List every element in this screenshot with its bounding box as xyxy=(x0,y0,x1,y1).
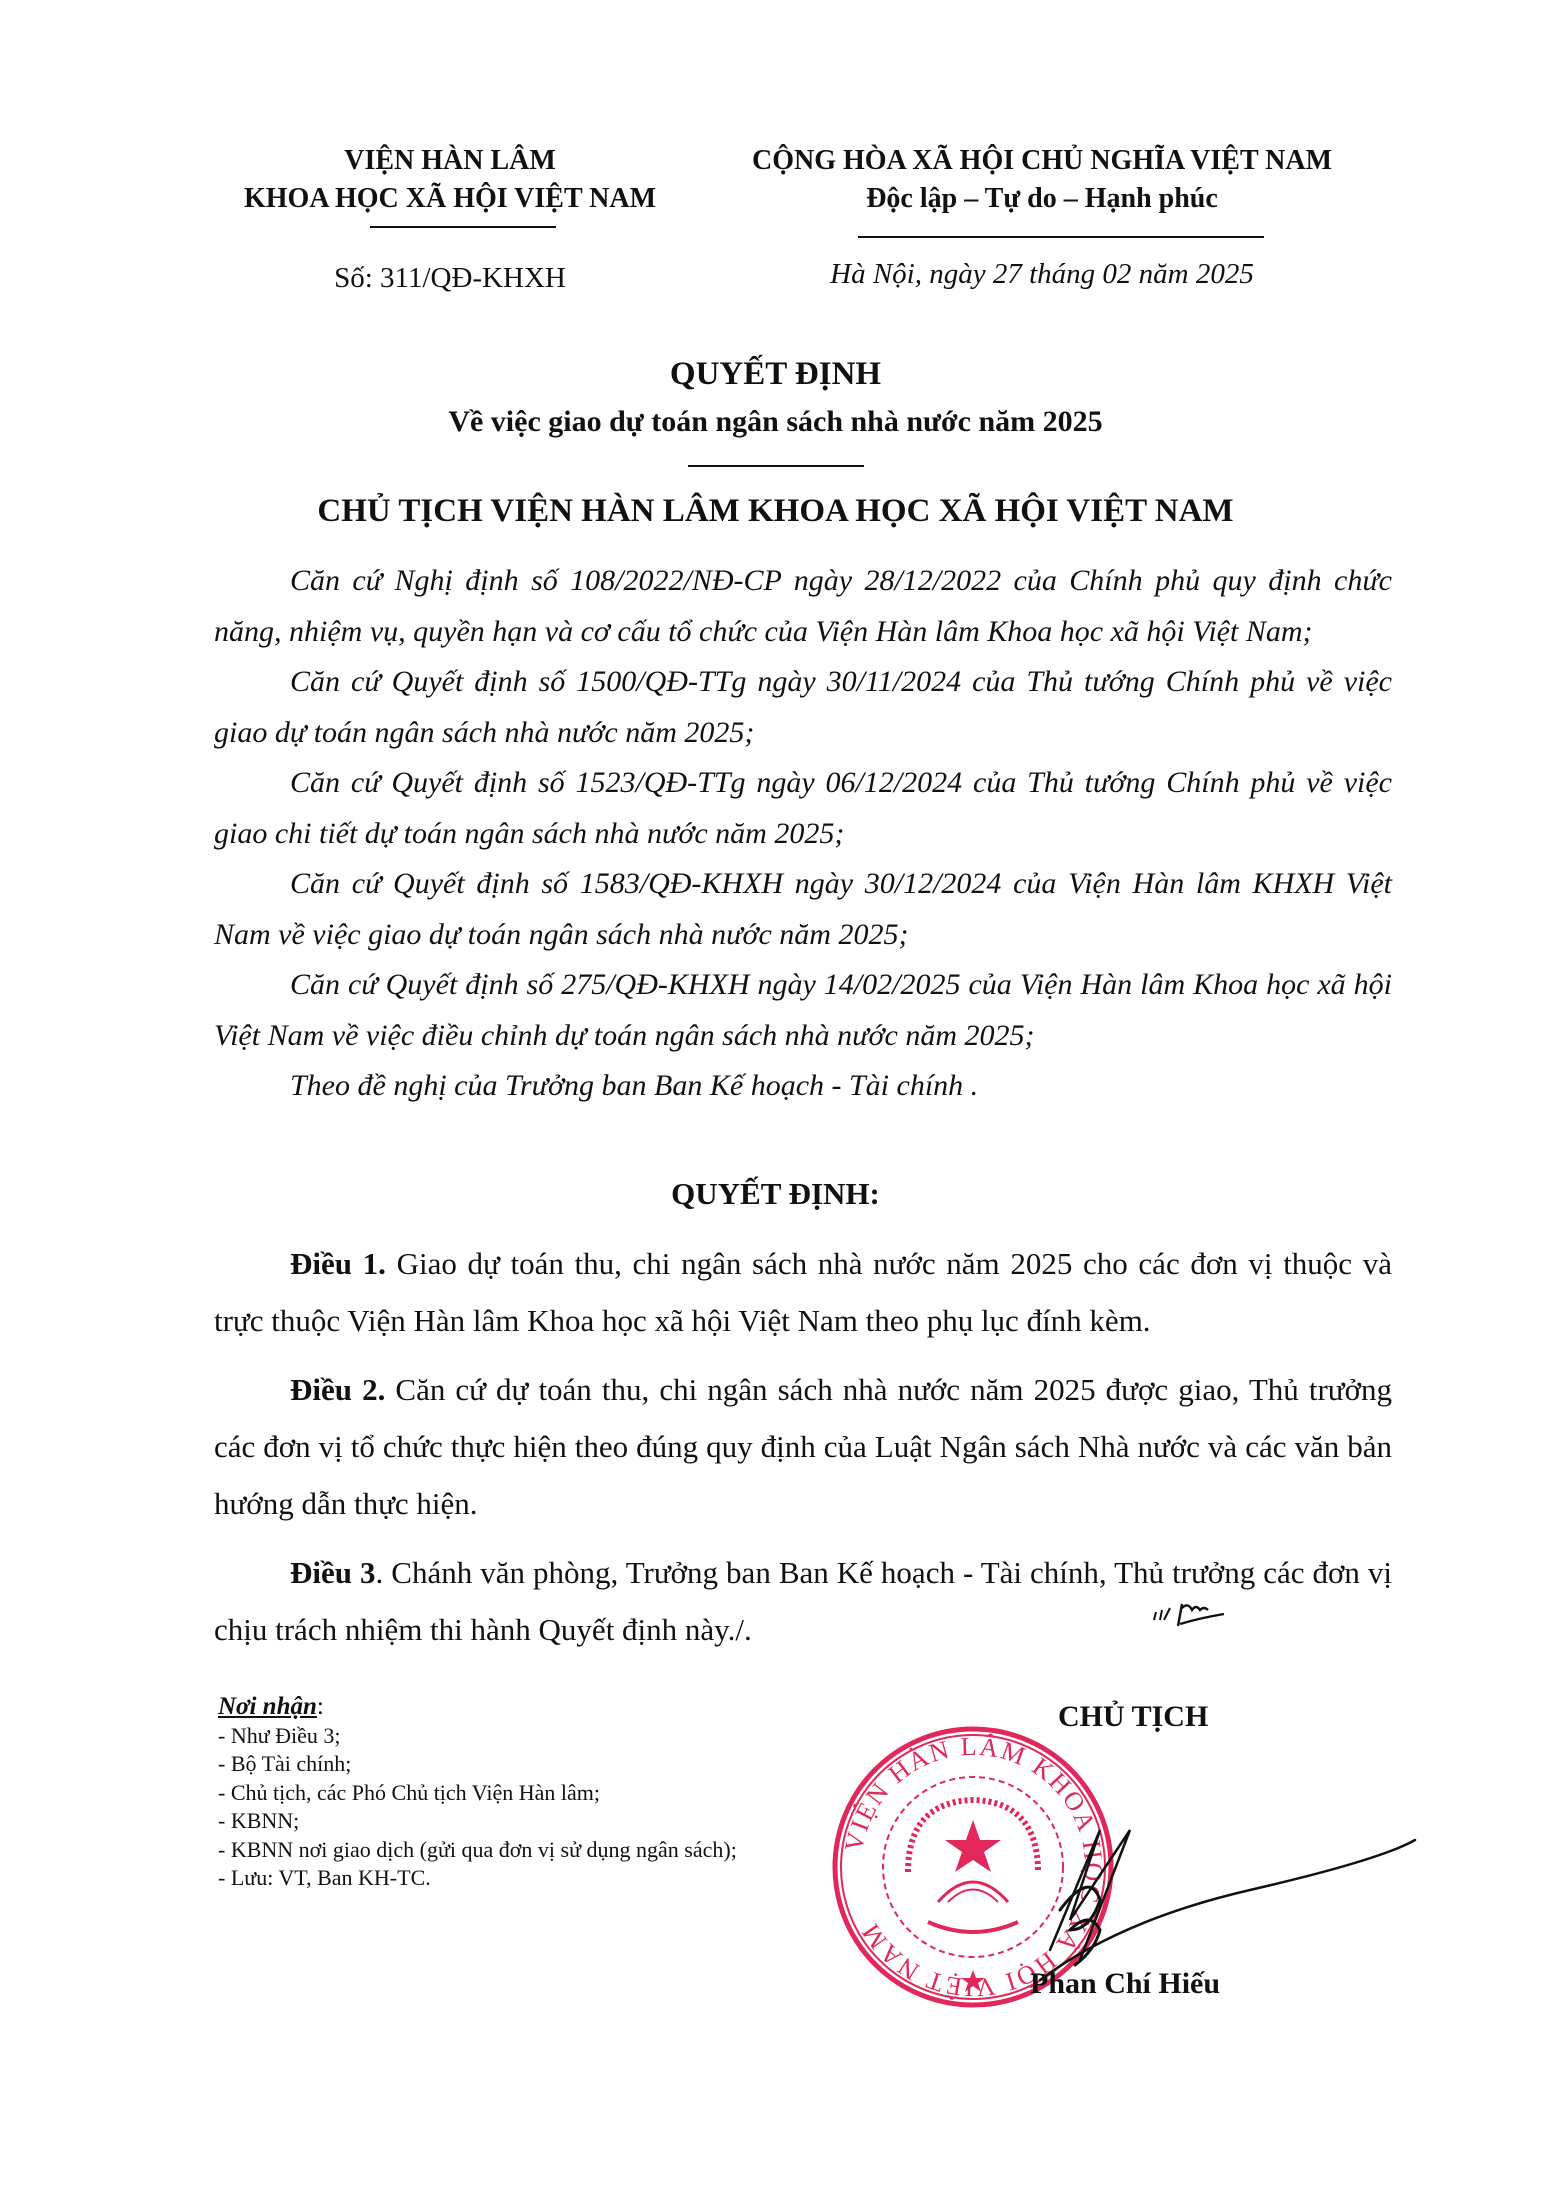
recipient-item: - Bộ Tài chính; xyxy=(218,1750,778,1779)
agency-line-2: KHOA HỌC XÃ HỘI VIỆT NAM xyxy=(210,180,690,218)
document-number: Số: 311/QĐ-KHXH xyxy=(210,262,690,295)
basis-item: Căn cứ Quyết định số 275/QĐ-KHXH ngày 14… xyxy=(214,960,1392,1061)
article-label: Điều 1. xyxy=(290,1246,386,1281)
recipients-heading: Nơi nhận: xyxy=(218,1693,778,1722)
national-motto: CỘNG HÒA XÃ HỘI CHỦ NGHĨA VIỆT NAM Độc l… xyxy=(712,142,1372,218)
article-label: Điều 2. xyxy=(290,1372,385,1407)
motto-underline xyxy=(858,236,1264,238)
agency-line-1: VIỆN HÀN LÂM xyxy=(210,142,690,180)
subject-underline xyxy=(688,465,864,467)
nation-line-2: Độc lập – Tự do – Hạnh phúc xyxy=(712,180,1372,218)
document-title: QUYẾT ĐỊNH xyxy=(0,356,1551,393)
issuing-authority: CHỦ TỊCH VIỆN HÀN LÂM KHOA HỌC XÃ HỘI VI… xyxy=(0,493,1551,530)
nation-line-1: CỘNG HÒA XÃ HỘI CHỦ NGHĨA VIỆT NAM xyxy=(712,142,1372,180)
legal-basis: Căn cứ Nghị định số 108/2022/NĐ-CP ngày … xyxy=(214,556,1392,1112)
basis-item: Căn cứ Quyết định số 1583/QĐ-KHXH ngày 3… xyxy=(214,859,1392,960)
document-subject: Về việc giao dự toán ngân sách nhà nước … xyxy=(0,405,1551,439)
basis-item: Căn cứ Quyết định số 1523/QĐ-TTg ngày 06… xyxy=(214,758,1392,859)
recipients-list: Nơi nhận: - Như Điều 3; - Bộ Tài chính; … xyxy=(218,1693,778,1893)
recipient-item: - Lưu: VT, Ban KH-TC. xyxy=(218,1864,778,1893)
initials-mark xyxy=(1150,1590,1230,1630)
article-text: Căn cứ dự toán thu, chi ngân sách nhà nư… xyxy=(214,1372,1392,1521)
decision-heading: QUYẾT ĐỊNH: xyxy=(0,1176,1551,1212)
place-date: Hà Nội, ngày 27 tháng 02 năm 2025 xyxy=(712,258,1372,291)
basis-item: Căn cứ Nghị định số 108/2022/NĐ-CP ngày … xyxy=(214,556,1392,657)
recipient-item: - Chủ tịch, các Phó Chủ tịch Viện Hàn lâ… xyxy=(218,1779,778,1808)
signer-name: Phan Chí Hiếu xyxy=(1030,1967,1220,2001)
recipient-item: - KBNN; xyxy=(218,1807,778,1836)
basis-item: Theo đề nghị của Trưởng ban Ban Kế hoạch… xyxy=(214,1061,1392,1112)
recipient-item: - Như Điều 3; xyxy=(218,1722,778,1751)
recipient-item: - KBNN nơi giao dịch (gửi qua đơn vị sử … xyxy=(218,1836,778,1865)
article-2: Điều 2. Căn cứ dự toán thu, chi ngân sác… xyxy=(214,1361,1392,1532)
article-label: Điều 3 xyxy=(290,1555,376,1590)
agency-name: VIỆN HÀN LÂM KHOA HỌC XÃ HỘI VIỆT NAM xyxy=(210,142,690,218)
article-1: Điều 1. Giao dự toán thu, chi ngân sách … xyxy=(214,1235,1392,1349)
article-text: Giao dự toán thu, chi ngân sách nhà nước… xyxy=(214,1246,1392,1338)
basis-item: Căn cứ Quyết định số 1500/QĐ-TTg ngày 30… xyxy=(214,657,1392,758)
agency-underline xyxy=(370,226,556,228)
